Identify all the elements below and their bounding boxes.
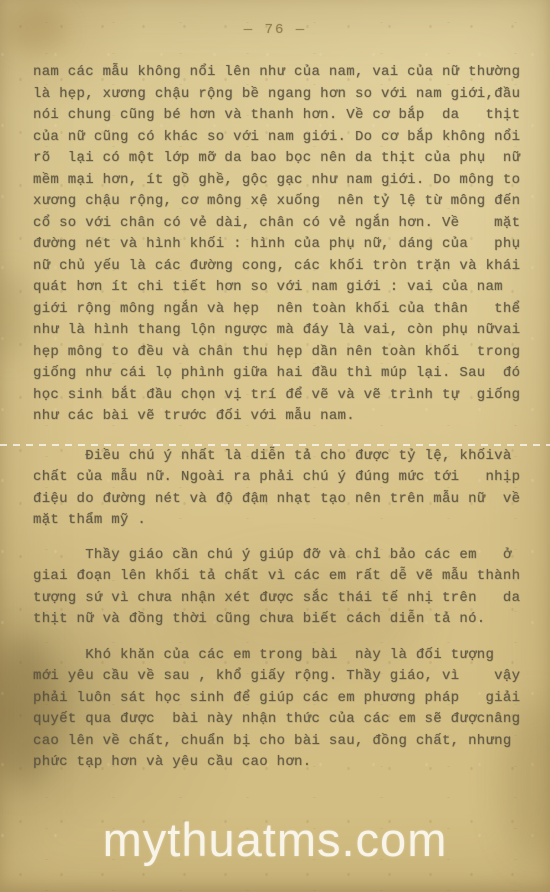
watermark-text: mythuatms.com	[0, 812, 550, 867]
text-line: nữ chủ yếu là các đường cong, các khối t…	[33, 256, 533, 278]
text-line: chất của mẫu nữ. Ngoài ra phải chú ý đún…	[33, 467, 533, 489]
text-line: thịt nữ và đồng thời cũng chưa biết cách…	[33, 609, 533, 631]
text-line: nam các mẫu không nổi lên như của nam, v…	[33, 62, 533, 84]
paragraph: nam các mẫu không nổi lên như của nam, v…	[33, 62, 533, 428]
text-line: nói chung cũng bé hơn và thanh hơn. Về c…	[33, 105, 533, 127]
scanned-document-page: — 76 — nam các mẫu không nổi lên như của…	[0, 0, 550, 892]
paragraph: Điều chú ý nhất là diễn tả cho được tỷ l…	[33, 446, 533, 532]
text-line: điệu do đường nét và độ đậm nhạt tạo nên…	[33, 489, 533, 511]
text-line: của nữ cũng có khác so với nam giới. Do …	[33, 127, 533, 149]
text-line: cổ so với chân có vẻ dài, chân có vẻ ngắ…	[33, 213, 533, 235]
text-line: Khó khăn của các em trong bài này là đối…	[33, 645, 533, 667]
paragraph: Khó khăn của các em trong bài này là đối…	[33, 645, 533, 774]
text-line: xương chậu rộng, cơ mông xệ xuống nên tỷ…	[33, 191, 533, 213]
text-line: mới yêu cầu về sau , khổ giấy rộng. Thầy…	[33, 666, 533, 688]
text-line: cao lên về chất, chuẩn bị cho bài sau, đ…	[33, 731, 533, 753]
body-text: nam các mẫu không nổi lên như của nam, v…	[33, 62, 533, 774]
text-line: quát hơn ít chi tiết hơn so với nam giới…	[33, 277, 533, 299]
paragraph: Thầy giáo cần chú ý giúp đỡ và chỉ bảo c…	[33, 545, 533, 631]
text-line: như các bài vẽ trước đối với mẫu nam.	[33, 406, 533, 428]
text-line: giống như cái lọ phình giữa hai đầu thì …	[33, 363, 533, 385]
text-line: tượng sứ vì chưa nhận xét được sắc thái …	[33, 588, 533, 610]
text-line: như là hình thang lộn ngược mà đáy là va…	[33, 320, 533, 342]
text-line: đường nét và hình khối : hình của phụ nữ…	[33, 234, 533, 256]
text-line: mềm mại hơn, ít gồ ghề, gộc gạc như nam …	[33, 170, 533, 192]
page-number: — 76 —	[0, 22, 550, 38]
text-line: hẹp mông to đều và chân thu hẹp dần nên …	[33, 342, 533, 364]
text-line: mặt thẩm mỹ .	[33, 510, 533, 532]
text-line: rõ lại có một lớp mỡ da bao bọc nên da t…	[33, 148, 533, 170]
text-line: quyết qua được bài này nhận thức của các…	[33, 709, 533, 731]
text-line: là hẹp, xương chậu rộng bề ngang hơn so …	[33, 84, 533, 106]
text-line: Thầy giáo cần chú ý giúp đỡ và chỉ bảo c…	[33, 545, 533, 567]
paper-stain	[0, 270, 30, 360]
text-line: Điều chú ý nhất là diễn tả cho được tỷ l…	[33, 446, 533, 468]
text-line: phải luôn sát học sinh để giúp các em ph…	[33, 688, 533, 710]
text-line: phức tạp hơn và yêu cầu cao hơn.	[33, 752, 533, 774]
text-line: giới rộng mông ngắn và hẹp nên toàn khối…	[33, 299, 533, 321]
text-line: giai đoạn lên khối tả chất vì các em rất…	[33, 566, 533, 588]
text-line: học sinh bắt đầu chọn vị trí để vẽ và vẽ…	[33, 385, 533, 407]
